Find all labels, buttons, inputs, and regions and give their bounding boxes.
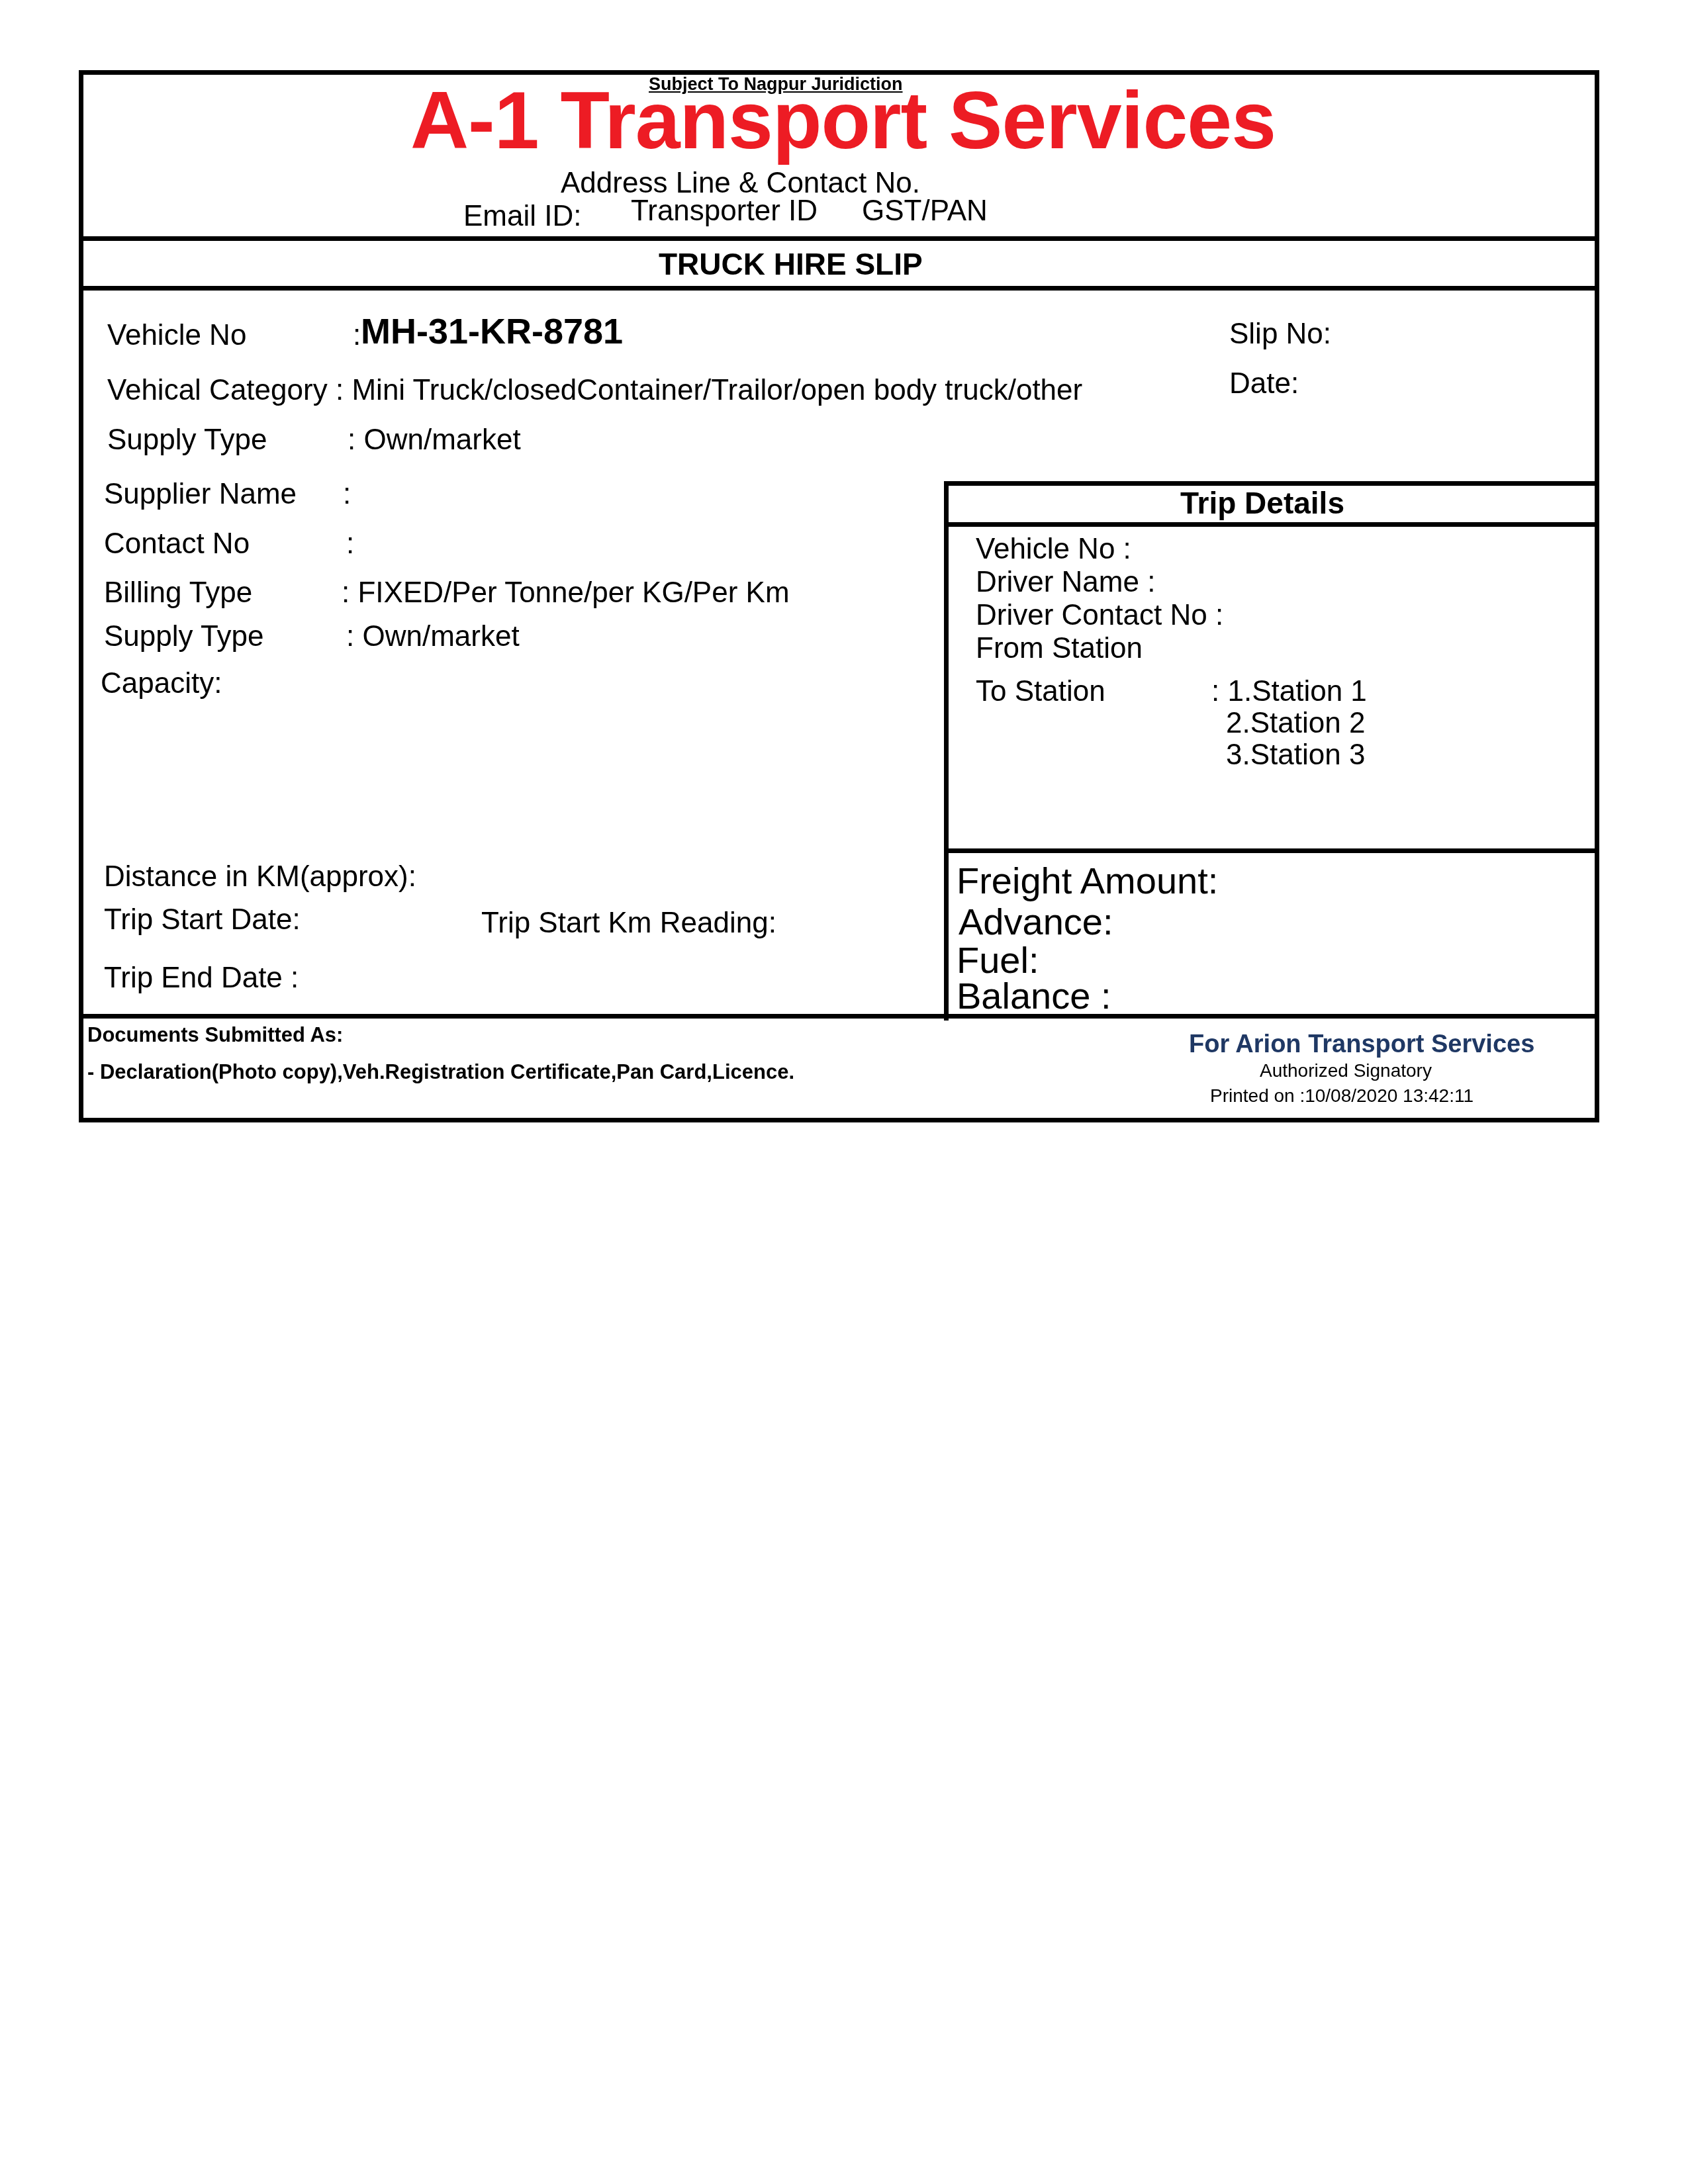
documents-heading: Documents Submitted As: [87,1023,343,1047]
trip-details-heading: Trip Details [1180,485,1344,521]
balance-label: Balance : [957,974,1111,1017]
footer-divider [79,1014,1599,1019]
category-label: Vehical Category [107,374,328,407]
trip-box-left [944,481,949,1021]
vehicle-no-sep: : [353,319,361,352]
capacity-label: Capacity: [101,667,222,700]
title-divider [79,286,1599,291]
trip-vehicle-no-label: Vehicle No : [976,533,1131,566]
slip-frame [79,70,1599,1122]
driver-contact-label: Driver Contact No : [976,599,1223,632]
supplier-name-label: Supplier Name [104,478,297,511]
trip-start-km-label: Trip Start Km Reading: [481,907,776,940]
advance-label: Advance: [959,900,1113,943]
authorized-signatory: Authorized Signatory [1260,1060,1432,1081]
payment-divider [944,848,1599,853]
supply-type-label: Supply Type [107,424,267,457]
driver-name-label: Driver Name : [976,566,1155,599]
supplier-name-sep: : [343,478,351,511]
supply-type2-label: Supply Type [104,620,263,653]
date-label: Date: [1229,367,1299,400]
vehicle-no-label: Vehicle No [107,319,246,352]
billing-type-label: Billing Type [104,576,252,610]
billing-type-value: : FIXED/Per Tonne/per KG/Per Km [342,576,790,610]
freight-amount-label: Freight Amount: [957,859,1218,902]
to-station-1: : 1.Station 1 [1211,675,1367,708]
slip-no-label: Slip No: [1229,318,1331,351]
supply-type-value: : Own/market [348,424,521,457]
company-name: A-1 Transport Services [410,74,1276,167]
vehicle-no-value: MH-31-KR-8781 [361,311,623,352]
to-station-3: 3.Station 3 [1226,739,1365,772]
header-divider [79,236,1599,241]
contact-no-sep: : [346,527,354,561]
trip-end-date-label: Trip End Date : [104,962,299,995]
from-station-label: From Station [976,632,1143,665]
trip-head-divider [944,522,1599,527]
email-label: Email ID: [463,200,581,233]
gst-pan-label: GST/PAN [862,195,988,228]
category-value: : Mini Truck/closedContainer/Trailor/ope… [336,374,1082,407]
supply-type2-value: : Own/market [346,620,520,653]
distance-label: Distance in KM(approx): [104,860,416,893]
to-station-2: 2.Station 2 [1226,707,1365,740]
printed-on: Printed on :10/08/2020 13:42:11 [1210,1085,1474,1107]
contact-no-label: Contact No [104,527,250,561]
to-station-label: To Station [976,675,1105,708]
transporter-id-label: Transporter ID [631,195,818,228]
slip-title: TRUCK HIRE SLIP [659,246,923,282]
trip-start-date-label: Trip Start Date: [104,903,301,936]
signatory-company: For Arion Transport Services [1189,1030,1534,1059]
documents-list: - Declaration(Photo copy),Veh.Registrati… [87,1060,794,1084]
